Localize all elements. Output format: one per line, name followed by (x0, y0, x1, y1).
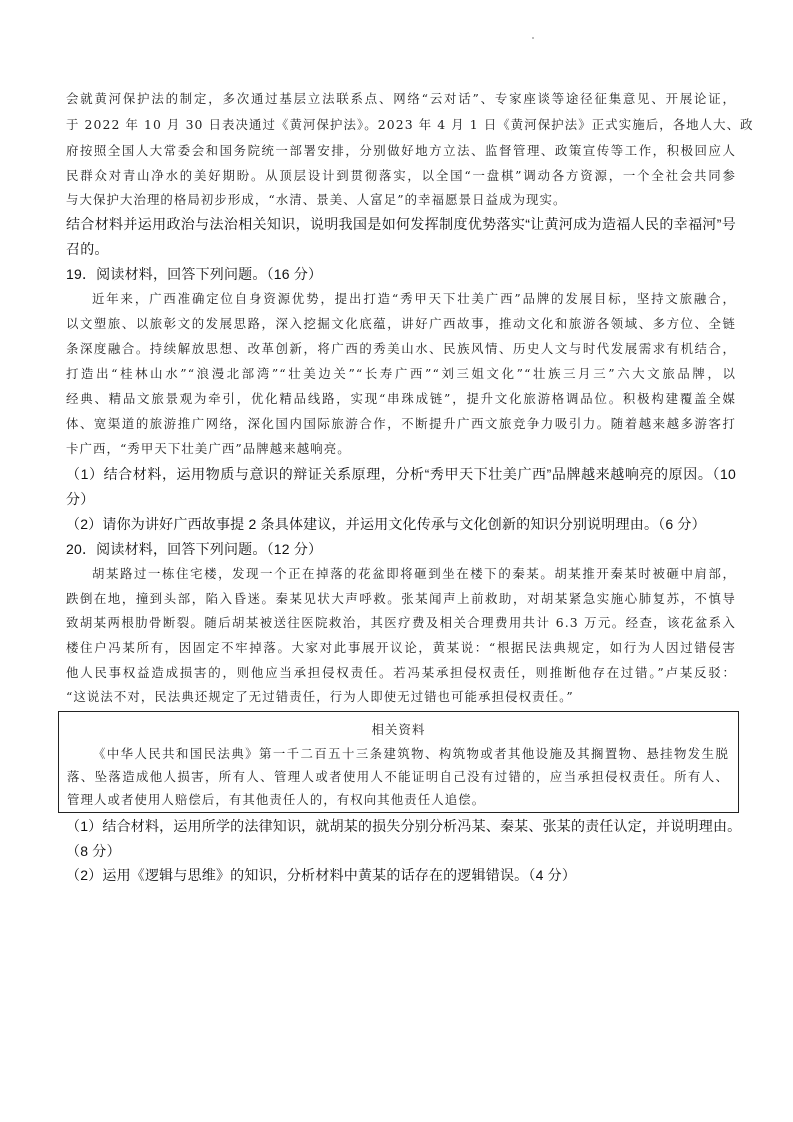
q20-material-line: 致胡某两根肋骨断裂。随后胡某被送往医院救治，其医疗费及相关合理费用共计 6.3 … (66, 614, 736, 632)
reference-box: 相关资料 《中华人民共和国民法典》第一千二百五十三条建筑物、构筑物或者其他设施及… (58, 711, 739, 813)
page-marker-dot (532, 37, 534, 39)
q19-material-line: 经典、精品文旅景观为牵引，优化精品线路，实现“串珠成链”，提升文化旅游格调品位。… (66, 390, 736, 408)
q18-question-line: 结合材料并运用政治与法治相关知识，说明我国是如何发挥制度优势落实“让黄河成为造福… (66, 215, 736, 233)
reference-box-line: 《中华人民共和国民法典》第一千二百五十三条建筑物、构筑物或者其他设施及其搁置物、… (93, 744, 729, 762)
q19-subquestion-1-cont: 分） (66, 490, 736, 508)
reference-box-line: 管理人或者使用人赔偿后，有其他责任人的，有权向其他责任人追偿。 (67, 790, 729, 808)
q18-material-line: 府按照全国人大常委会和国务院统一部署安排，分别做好地方立法、监督管理、政策宣传等… (66, 142, 736, 160)
q18-question-line: 召的。 (66, 240, 736, 258)
q18-material-line: 会就黄河保护法的制定，多次通过基层立法联系点、网络“云对话”、专家座谈等途径征集… (66, 90, 736, 108)
q19-subquestion-1: （1）结合材料，运用物质与意识的辩证关系原理，分析“秀甲天下壮美广西”品牌越来越… (66, 465, 736, 483)
q20-subquestion-2: （2）运用《逻辑与思维》的知识，分析材料中黄某的话存在的逻辑错误。（4 分） (66, 866, 736, 884)
exam-page: 会就黄河保护法的制定，多次通过基层立法联系点、网络“云对话”、专家座谈等途径征集… (0, 0, 793, 1122)
q19-subquestion-2: （2）请你为讲好广西故事提 2 条具体建议，并运用文化传承与文化创新的知识分别说… (66, 515, 736, 533)
q20-heading: 20．阅读材料，回答下列问题。（12 分） (66, 540, 736, 558)
q19-material-line: 条深度融合。持续解放思想、改革创新，将广西的秀美山水、民族风情、历史人文与时代发… (66, 340, 736, 358)
q18-material-line: 于 2022 年 10 月 30 日表决通过《黄河保护法》。2023 年 4 月… (66, 116, 736, 134)
q20-material-line: 他人民事权益造成损害的，则他应当承担侵权责任。若冯某承担侵权责任，则推断他存在过… (66, 664, 736, 682)
q20-material-line: 跌倒在地，撞到头部，陷入昏迷。秦某见状大声呼救。张某闻声上前救助，对胡某紧急实施… (66, 590, 736, 608)
q20-material-line: “这说法不对，民法典还规定了无过错责任，行为人即使无过错也可能承担侵权责任。” (66, 688, 736, 706)
reference-box-line: 落、坠落造成他人损害，所有人、管理人或者使用人不能证明自己没有过错的，应当承担侵… (67, 767, 729, 785)
q20-material-line: 胡某路过一栋住宅楼，发现一个正在掉落的花盆即将砸到坐在楼下的秦某。胡某推开秦某时… (92, 565, 736, 583)
q19-material-line: 体、宽渠道的旅游推广网络，深化国内国际旅游合作，不断提升广西文旅竞争力吸引力。随… (66, 415, 736, 433)
q19-material-line: 近年来，广西准确定位自身资源优势，提出打造“秀甲天下壮美广西”品牌的发展目标，坚… (92, 290, 736, 308)
q19-material-line: 卡广西，“秀甲天下壮美广西”品牌越来越响亮。 (66, 440, 736, 458)
q20-subquestion-1-cont: （8 分） (66, 842, 736, 860)
q19-material-line: 以文塑旅、以旅彰文的发展思路，深入挖掘文化底蕴，讲好广西故事，推动文化和旅游各领… (66, 315, 736, 333)
q18-material-line: 民群众对青山净水的美好期盼。从顶层设计到贯彻落实，以全国“一盘棋”调动各方资源，… (66, 167, 736, 185)
q20-material-line: 楼住户冯某所有，因固定不牢掉落。大家对此事展开议论，黄某说：“根据民法典规定，如… (66, 639, 736, 657)
q19-material-line: 打造出“桂林山水”“浪漫北部湾”“壮美边关”“长寿广西”“刘三姐文化”“壮族三月… (66, 365, 736, 383)
reference-box-title: 相关资料 (59, 720, 738, 738)
q18-material-line: 与大保护大治理的格局初步形成，“水清、景美、人富足”的幸福愿景日益成为现实。 (66, 191, 736, 209)
q19-heading: 19．阅读材料，回答下列问题。（16 分） (66, 265, 736, 283)
q20-subquestion-1: （1）结合材料，运用所学的法律知识，就胡某的损失分别分析冯某、秦某、张某的责任认… (66, 817, 736, 835)
